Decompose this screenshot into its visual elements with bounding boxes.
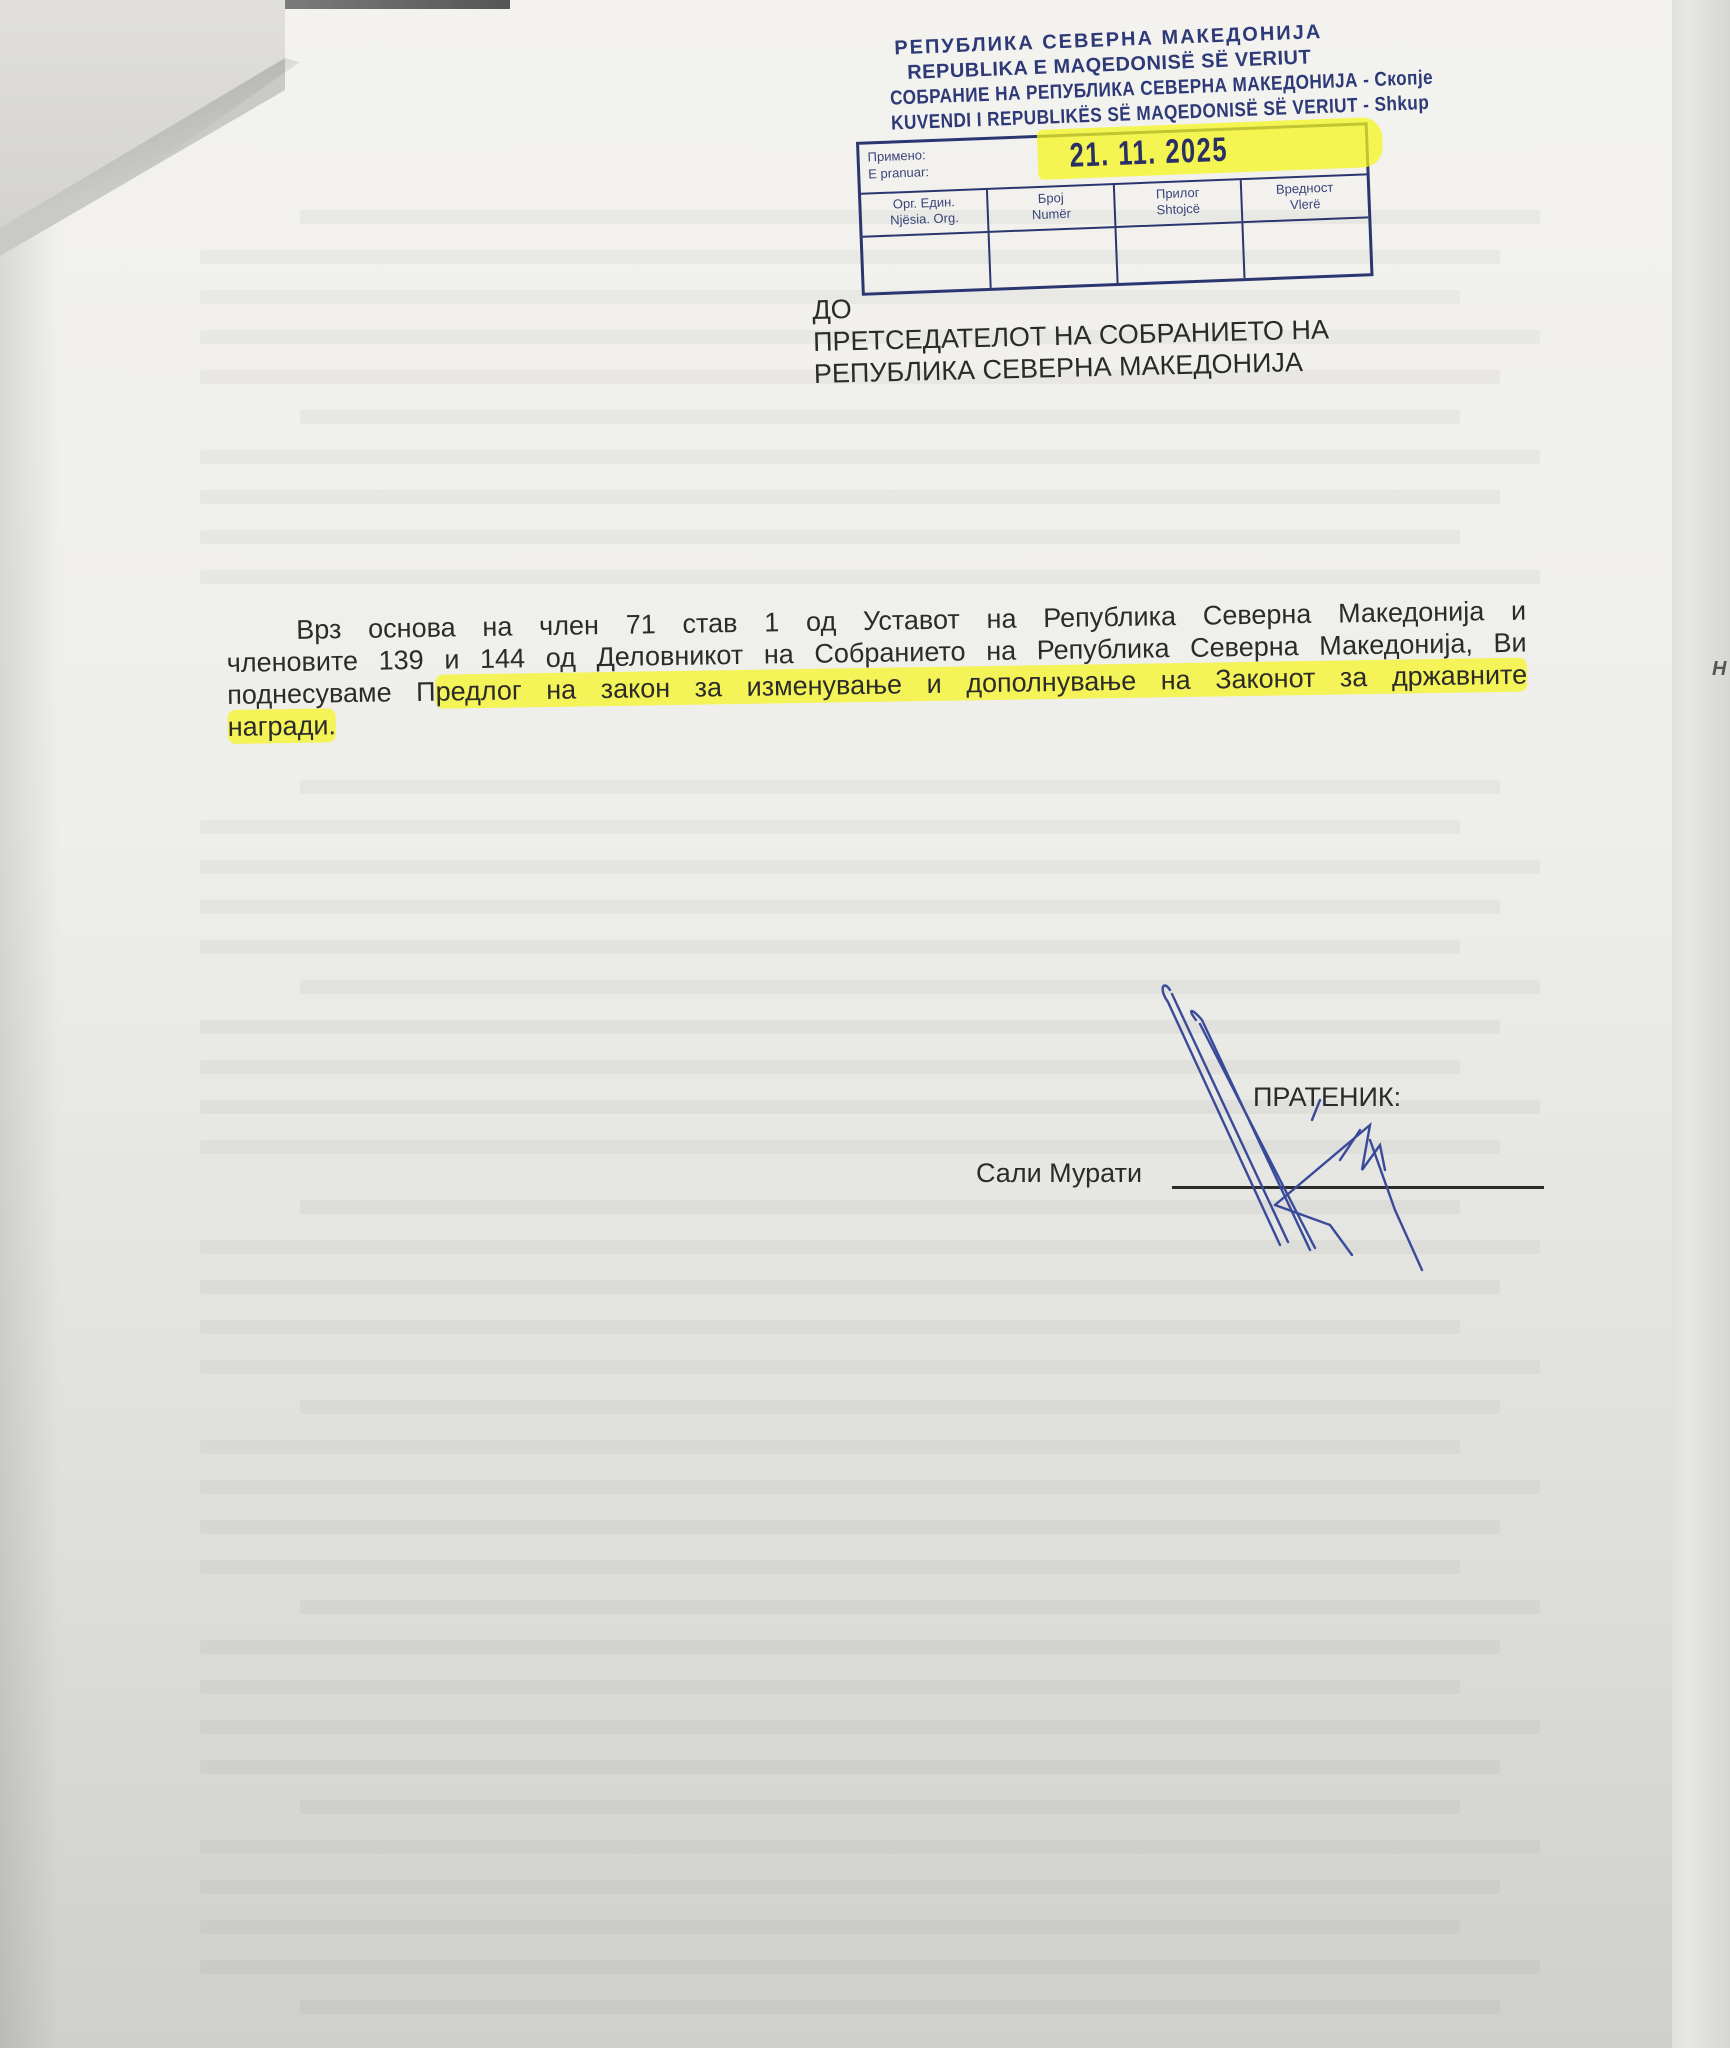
- bleed-through-line: [200, 1360, 1540, 1374]
- col-label-sq: Njësia. Org.: [862, 209, 988, 230]
- bleed-through-line: [200, 490, 1500, 504]
- bleed-through-line: [200, 1520, 1500, 1534]
- addressee-block: ДО ПРЕТСЕДАТЕЛОТ НА СОБРАНИЕТО НА РЕПУБЛ…: [812, 281, 1330, 390]
- received-date: 21. 11. 2025: [1069, 131, 1229, 176]
- bleed-through-line: [200, 450, 1540, 464]
- highlighted-word: награди.: [227, 708, 336, 744]
- registration-stamp: РЕПУБЛИКА СЕВЕРНА МАКЕДОНИЈА REPUBLIKA E…: [852, 18, 1374, 295]
- mp-name: Сали Мурати: [976, 1158, 1142, 1189]
- bleed-through-line: [200, 1760, 1500, 1774]
- bleed-through-line: [200, 1880, 1500, 1894]
- stamp-col-body: [1116, 223, 1243, 283]
- top-dark-edge: [285, 0, 510, 9]
- col-label-sq: Vlerë: [1242, 194, 1368, 215]
- received-label: Примено: E pranuar:: [867, 146, 929, 182]
- signature-icon: [1130, 980, 1450, 1280]
- stamp-col-org-unit: Орг. Един. Njësia. Org.: [861, 190, 992, 293]
- bleed-through-line: [300, 1600, 1540, 1614]
- body-paragraph: Врз основа на член 71 став 1 од Уставот …: [226, 595, 1528, 743]
- background-sheet-letter: H: [1712, 658, 1726, 681]
- stamp-col-body: [863, 233, 990, 293]
- bleed-through-line: [200, 1920, 1460, 1934]
- bleed-through-line: [200, 1640, 1500, 1654]
- bleed-through-line: [200, 940, 1460, 954]
- bleed-through-line: [300, 780, 1500, 794]
- bleed-through-line: [200, 820, 1460, 834]
- stamp-col-attachment: Прилог Shtojcë: [1115, 180, 1246, 283]
- body-line-3-plain: поднесуваме П: [227, 677, 436, 710]
- bleed-through-line: [200, 570, 1540, 584]
- bleed-through-line: [300, 410, 1460, 424]
- received-label-sq: E pranuar:: [868, 163, 929, 182]
- stamp-col-head: Орг. Един. Njësia. Org.: [861, 190, 988, 238]
- bleed-through-line: [300, 1800, 1460, 1814]
- bleed-through-line: [300, 2000, 1500, 2014]
- bleed-through-line: [200, 1280, 1500, 1294]
- bleed-through-line: [200, 530, 1460, 544]
- bleed-through-line: [200, 900, 1500, 914]
- bleed-through-line: [200, 860, 1540, 874]
- bleed-through-line: [200, 1680, 1460, 1694]
- bleed-through-line: [200, 1320, 1460, 1334]
- stamp-col-number: Број Numër: [988, 185, 1119, 288]
- stamp-grid: Орг. Един. Njësia. Org. Број Numër Прило…: [861, 175, 1370, 292]
- stamp-col-head: Вредност Vlerë: [1242, 175, 1369, 223]
- stamp-col-body: [1243, 218, 1370, 278]
- bleed-through-line: [300, 1400, 1500, 1414]
- stamp-col-head: Број Numër: [988, 185, 1115, 233]
- bleed-through-line: [200, 1720, 1540, 1734]
- bleed-through-line: [200, 1480, 1540, 1494]
- stamp-box: Примено: E pranuar: 21. 11. 2025 Орг. Ед…: [856, 122, 1374, 296]
- col-label-sq: Shtojcë: [1116, 199, 1242, 220]
- bleed-through-line: [200, 1840, 1540, 1854]
- stamp-col-head: Прилог Shtojcë: [1115, 180, 1242, 228]
- stamp-col-body: [990, 228, 1117, 288]
- bleed-through-line: [200, 1560, 1460, 1574]
- bleed-through-line: [200, 1440, 1460, 1454]
- stamp-col-value: Вредност Vlerë: [1242, 175, 1371, 278]
- col-label-sq: Numër: [989, 204, 1115, 225]
- bleed-through-line: [200, 1960, 1540, 1974]
